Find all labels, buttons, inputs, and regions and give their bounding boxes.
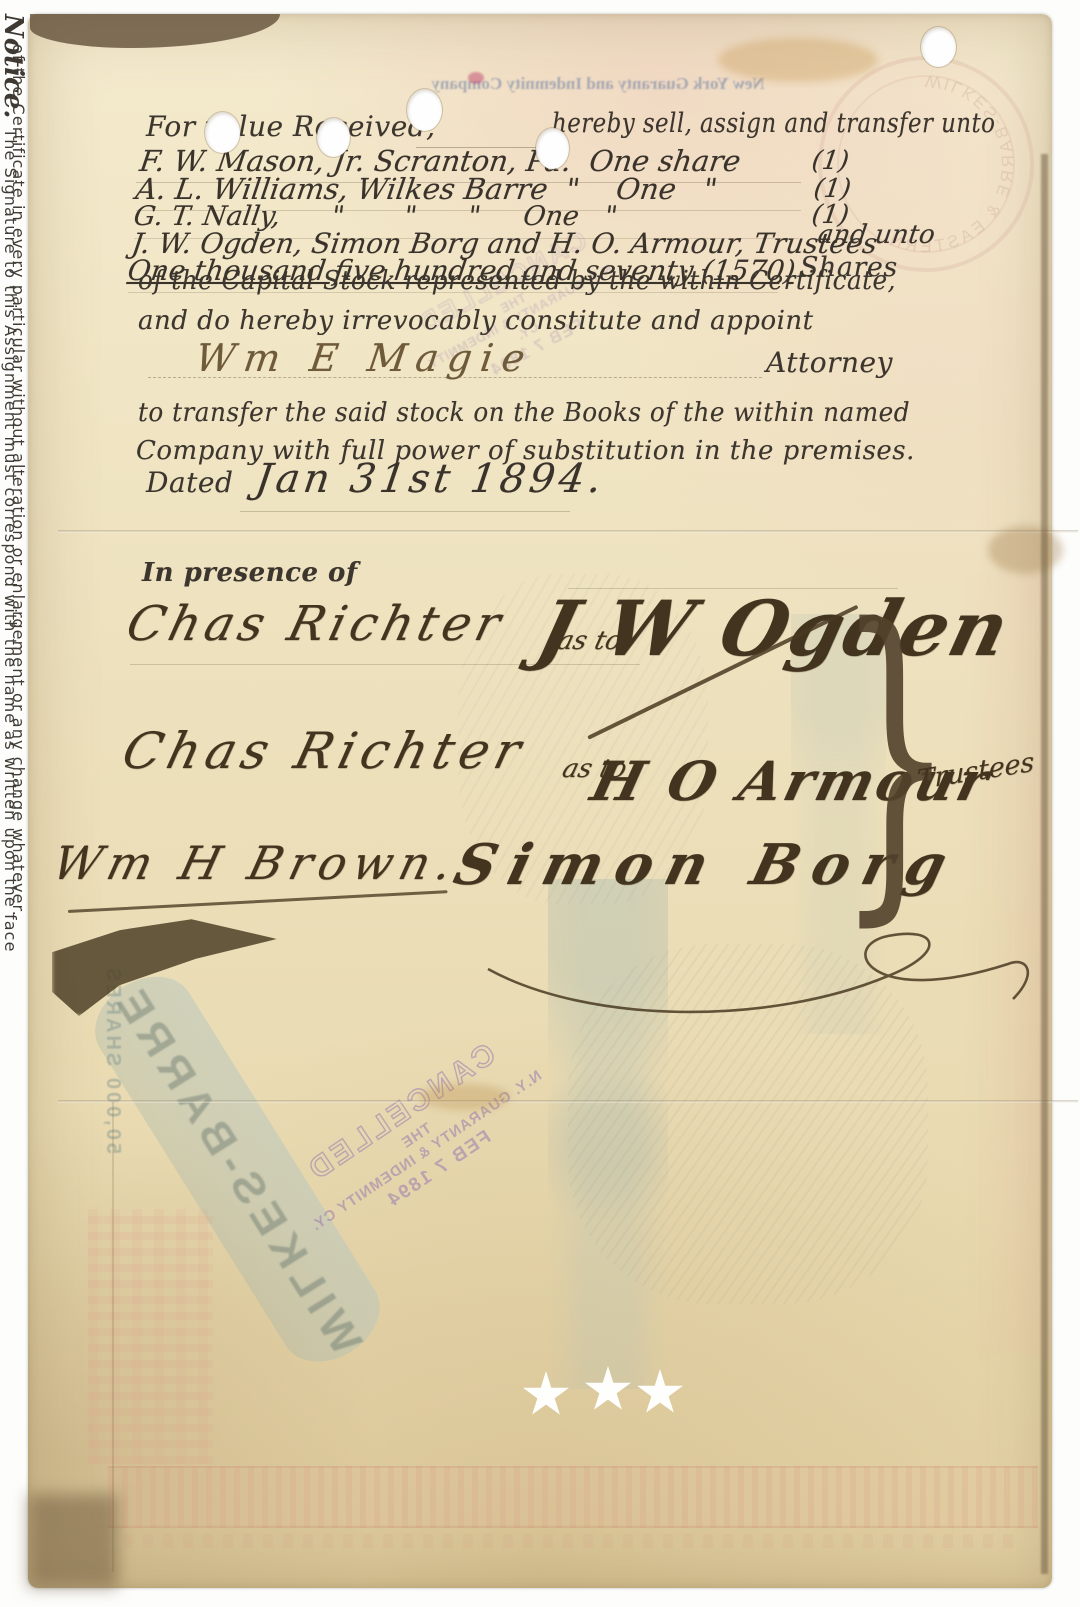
share-count: (1) — [810, 146, 851, 176]
ghost-bottom-border-2 — [123, 1534, 1023, 1548]
red-mark — [468, 72, 484, 84]
printed-line1-label: For value Received, — [146, 110, 436, 143]
printed-line3: and do hereby irrevocably constitute and… — [138, 306, 814, 336]
cancel-stamp-line2: THE — [283, 1042, 550, 1231]
certificate-back-page: New York Guaranty and Indemnity Company … — [28, 14, 1052, 1588]
paper-stain — [718, 38, 878, 82]
ghost-left-structure — [88, 1209, 213, 1464]
witness-signature: Wm H Brown. — [47, 836, 465, 890]
witness-signature: Chas Richter — [121, 596, 511, 652]
star-punch-hole — [636, 1369, 684, 1417]
punch-hole — [205, 112, 240, 153]
paper-stain — [988, 526, 1063, 574]
signature-flourish — [468, 914, 1048, 1034]
star-punch-hole — [584, 1366, 632, 1414]
dated-line — [240, 511, 570, 512]
ink-blot — [52, 906, 277, 1016]
punch-hole — [317, 118, 350, 157]
witness-label: In presence of — [142, 558, 358, 588]
punch-hole — [536, 128, 569, 169]
dated-label: Dated — [146, 466, 233, 499]
notice-text-line2: of the Certificate in every particular w… — [9, 44, 28, 1068]
fold-crease-vertical — [112, 1102, 114, 1572]
cancel-stamp: CANCELLED THE N.Y. GUARANTY & INDEMNITY … — [262, 1011, 574, 1266]
dated-value: Jan 31st 1894. — [253, 456, 609, 502]
ghost-bottom-border — [108, 1466, 1038, 1528]
trustees-brace: } — [836, 586, 955, 926]
fold-crease — [58, 1100, 1078, 1103]
attorney-blank-line — [148, 377, 762, 378]
punch-hole — [407, 89, 442, 131]
witness-signature: Chas Richter — [117, 722, 533, 780]
attorney-name: Wm E Magie — [193, 336, 537, 380]
printed-line1-rest: hereby sell, assign and transfer unto — [552, 108, 995, 139]
printed-line4: to transfer the said stock on the Books … — [138, 398, 910, 428]
punch-hole — [921, 27, 956, 67]
paper-stain — [420, 1084, 510, 1110]
signature-tail-stroke — [68, 890, 448, 913]
star-punch-hole — [522, 1371, 570, 1419]
torn-edge-top — [30, 14, 280, 48]
printed-line2: of the Capital Stock represented by the … — [138, 266, 896, 296]
edge-stain-bottom-left — [28, 1494, 118, 1588]
edge-shadow-right — [1041, 154, 1048, 1574]
notice-line2: of the Certificate in every particular w… — [9, 44, 28, 917]
scanned-document: New York Guaranty and Indemnity Company … — [0, 0, 1080, 1607]
attorney-label: Attorney — [766, 346, 893, 379]
fold-crease — [58, 530, 1078, 533]
